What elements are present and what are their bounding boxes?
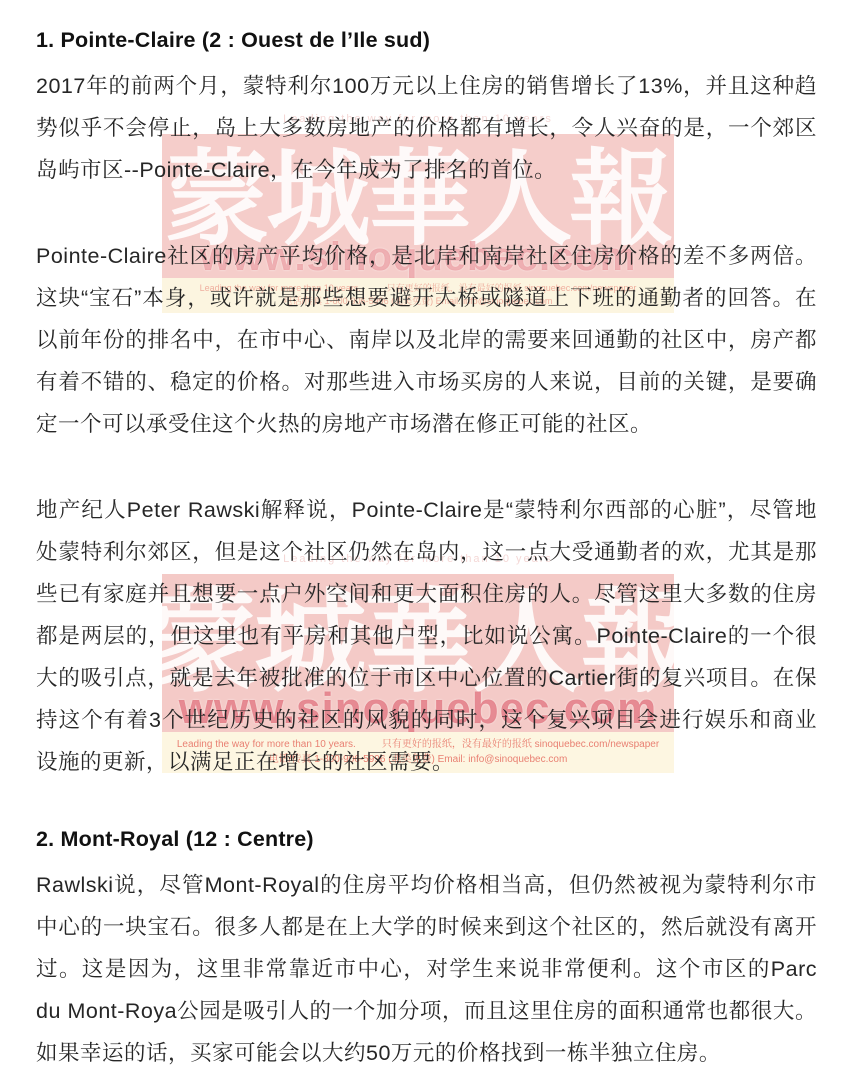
section-1-paragraph-1: 2017年的前两个月，蒙特利尔100万元以上住房的销售增长了13%，并且这种趋势…	[36, 65, 817, 191]
section-1-paragraph-3: 地产纪人Peter Rawski解释说，Pointe-Claire是“蒙特利尔西…	[36, 489, 817, 783]
section-2-heading: 2. Mont-Royal (12 : Centre)	[36, 827, 817, 852]
section-1-paragraph-2: Pointe-Claire社区的房产平均价格，是北岸和南岸社区住房价格的差不多两…	[36, 235, 817, 445]
section-2-paragraph-1: Rawlski说，尽管Mont-Royal的住房平均价格相当高，但仍然被视为蒙特…	[36, 864, 817, 1074]
article-page: Leading the way for more than 10 years 蒙…	[0, 0, 849, 1087]
article-content: 1. Pointe-Claire (2 : Ouest de l’Ile sud…	[0, 0, 849, 1074]
section-1-heading: 1. Pointe-Claire (2 : Ouest de l’Ile sud…	[36, 28, 817, 53]
